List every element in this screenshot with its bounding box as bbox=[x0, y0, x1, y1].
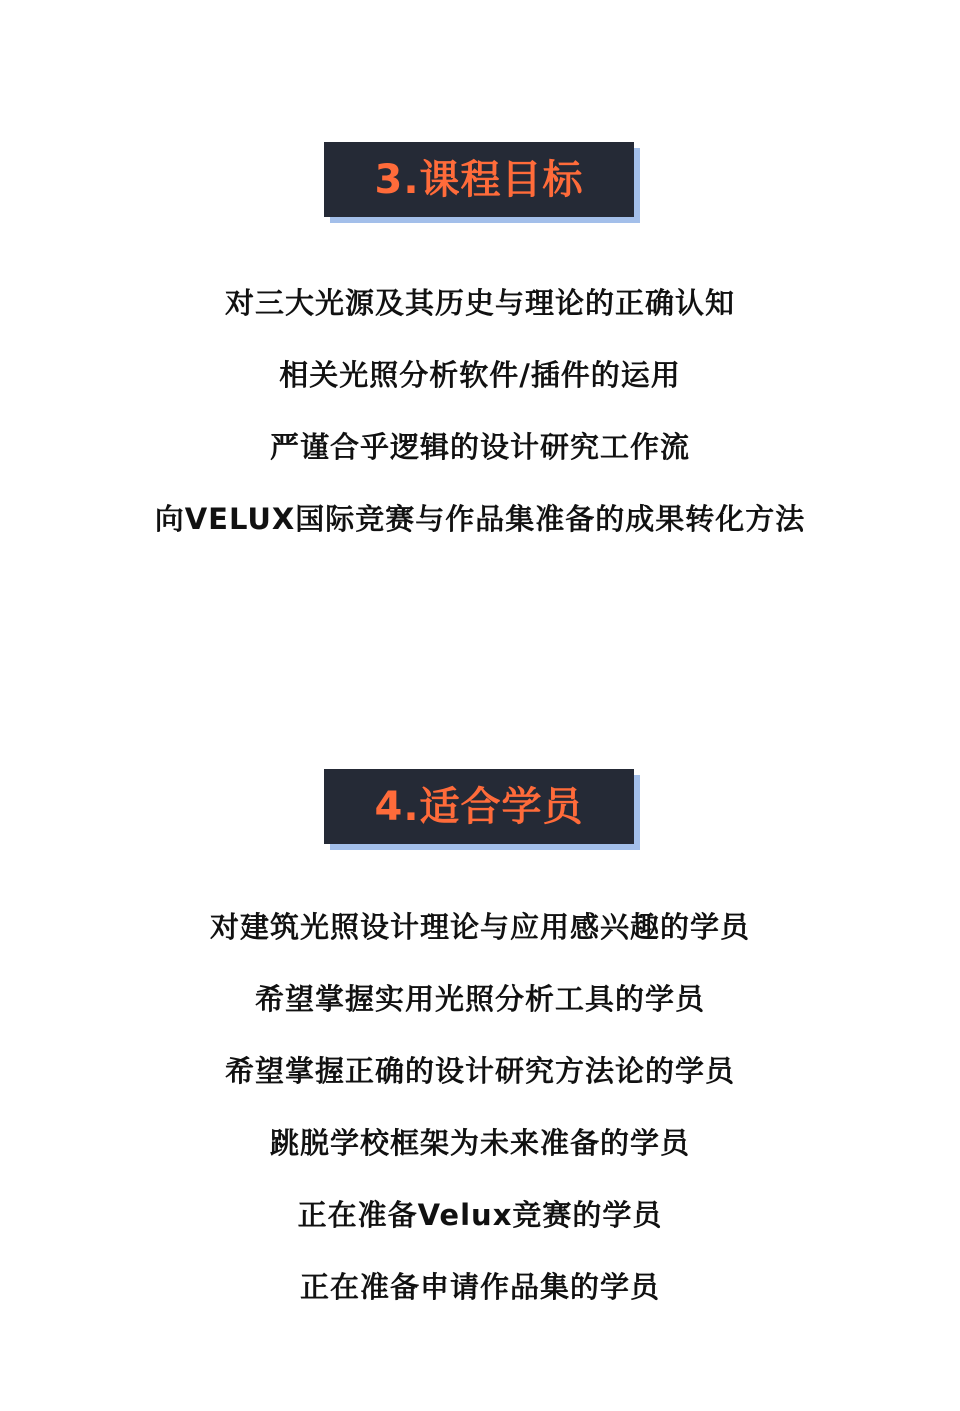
section-heading-course-goals: 3.课程目标 bbox=[324, 142, 634, 217]
section-title: 4.适合学员 bbox=[374, 787, 583, 827]
heading-box: 4.适合学员 bbox=[324, 769, 634, 844]
course-goals-list: 对三大光源及其历史与理论的正确认知 相关光照分析软件/插件的运用 严谨合乎逻辑的… bbox=[0, 267, 960, 555]
list-item: 对建筑光照设计理论与应用感兴趣的学员 bbox=[0, 891, 960, 963]
list-item: 对三大光源及其历史与理论的正确认知 bbox=[0, 267, 960, 339]
list-item: 严谨合乎逻辑的设计研究工作流 bbox=[0, 411, 960, 483]
list-item: 希望掌握正确的设计研究方法论的学员 bbox=[0, 1035, 960, 1107]
target-students-list: 对建筑光照设计理论与应用感兴趣的学员 希望掌握实用光照分析工具的学员 希望掌握正… bbox=[0, 891, 960, 1323]
list-item: 跳脱学校框架为未来准备的学员 bbox=[0, 1107, 960, 1179]
list-item: 向VELUX国际竞赛与作品集准备的成果转化方法 bbox=[0, 483, 960, 555]
list-item: 相关光照分析软件/插件的运用 bbox=[0, 339, 960, 411]
section-heading-target-students: 4.适合学员 bbox=[324, 769, 634, 844]
list-item: 正在准备申请作品集的学员 bbox=[0, 1251, 960, 1323]
list-item: 正在准备Velux竞赛的学员 bbox=[0, 1179, 960, 1251]
list-item: 希望掌握实用光照分析工具的学员 bbox=[0, 963, 960, 1035]
section-title: 3.课程目标 bbox=[374, 160, 583, 200]
heading-box: 3.课程目标 bbox=[324, 142, 634, 217]
